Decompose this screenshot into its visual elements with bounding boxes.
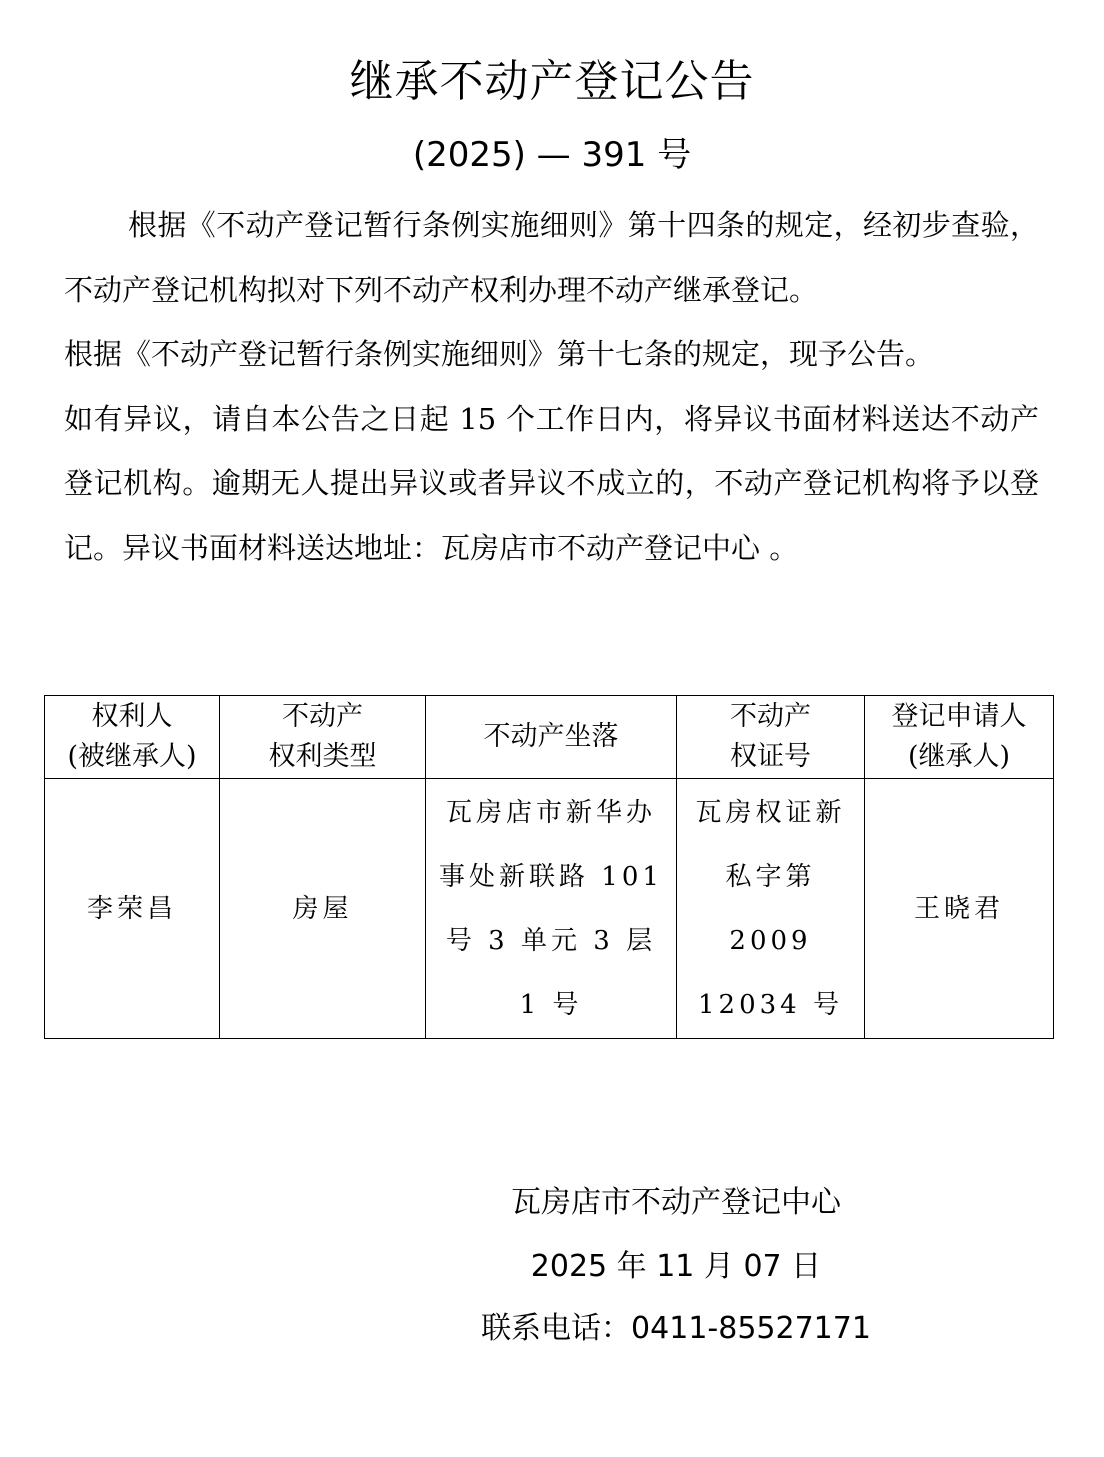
table-header-row: 权利人 (被继承人) 不动产 权利类型 不动产坐落 不动产 权证号 登记申请人 … <box>45 696 1054 779</box>
table-row: 李荣昌 房屋 瓦房店市新华办事处新联路 101 号 3 单元 3 层 1 号 瓦… <box>45 779 1054 1039</box>
paragraph-legal-basis: 根据《不动产登记暂行条例实施细则》第十四条的规定，经初步查验，不动产登记机构拟对… <box>64 193 1039 322</box>
document-number: (2025) — 391 号 <box>0 130 1104 180</box>
header-right-holder: 权利人 (被继承人) <box>45 696 220 779</box>
cell-location: 瓦房店市新华办事处新联路 101 号 3 单元 3 层 1 号 <box>426 779 677 1039</box>
cell-right-type: 房屋 <box>220 779 426 1039</box>
header-applicant: 登记申请人 (继承人) <box>865 696 1054 779</box>
cell-applicant: 王晓君 <box>865 779 1054 1039</box>
cell-certificate-no: 瓦房权证新私字第 2009 12034 号 <box>677 779 865 1039</box>
issue-date: 2025 年 11 月 07 日 <box>456 1245 896 1289</box>
paragraph-announcement: 根据《不动产登记暂行条例实施细则》第十七条的规定，现予公告。 <box>64 322 1039 387</box>
notice-body: 根据《不动产登记暂行条例实施细则》第十四条的规定，经初步查验，不动产登记机构拟对… <box>64 193 1039 580</box>
header-location: 不动产坐落 <box>426 696 677 779</box>
page-title: 继承不动产登记公告 <box>0 52 1104 112</box>
paragraph-objection: 如有异议，请自本公告之日起 15 个工作日内，将异议书面材料送达不动产登记机构。… <box>64 387 1039 581</box>
cell-right-holder: 李荣昌 <box>45 779 220 1039</box>
header-certificate-no: 不动产 权证号 <box>677 696 865 779</box>
issuing-organization: 瓦房店市不动产登记中心 <box>456 1181 896 1225</box>
contact-phone: 联系电话：0411-85527171 <box>456 1307 896 1351</box>
header-right-type: 不动产 权利类型 <box>220 696 426 779</box>
registration-table: 权利人 (被继承人) 不动产 权利类型 不动产坐落 不动产 权证号 登记申请人 … <box>44 695 1054 1039</box>
